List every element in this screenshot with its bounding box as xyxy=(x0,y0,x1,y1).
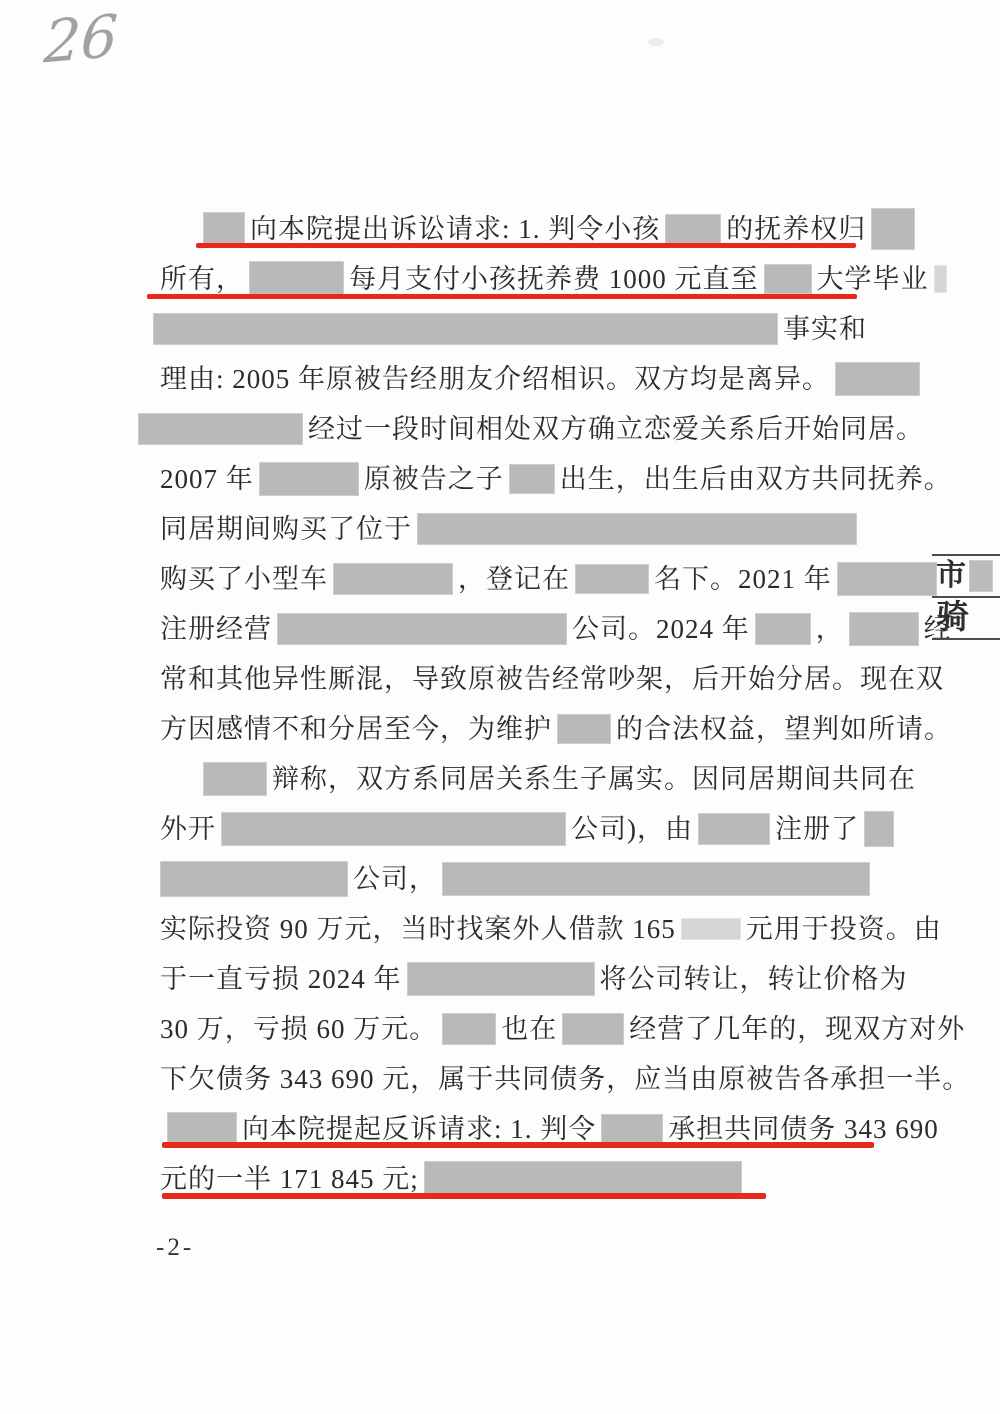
text-segment: 实际投资 90 万元，当时找案外人借款 165 xyxy=(160,916,676,943)
text-line: 2007 年原被告之子出生，出生后由双方共同抚养。 xyxy=(160,460,952,498)
text-line: 于一直亏损 2024 年将公司转让，转让价格为 xyxy=(160,960,908,998)
text-segment: 经过一段时间相处双方确立恋爱关系后开始同居。 xyxy=(308,416,924,443)
text-line: 事实和 xyxy=(148,310,867,348)
redaction-box xyxy=(259,462,359,496)
redaction-box xyxy=(424,1161,742,1197)
redaction-box xyxy=(557,714,611,744)
redaction-box xyxy=(138,413,303,445)
text-segment: 大学毕业 xyxy=(817,266,929,293)
redaction-box xyxy=(764,264,812,294)
red-underline xyxy=(147,294,857,299)
text-line: 下欠债务 343 690 元，属于共同债务，应当由原被告各承担一半。 xyxy=(160,1060,970,1098)
margin-stamp: 市 骑 xyxy=(932,554,1000,640)
text-segment: 所有， xyxy=(160,266,244,293)
stamp-row-top: 市 xyxy=(932,556,1000,596)
text-segment: 每月支付小孩抚养费 1000 元直至 xyxy=(349,266,759,293)
text-segment: 元用于投资。由 xyxy=(746,916,942,943)
text-segment: 的抚养权归 xyxy=(726,216,866,243)
text-segment: 2007 年 xyxy=(160,466,254,493)
text-segment: 向本院提出诉讼请求: 1. 判令小孩 xyxy=(250,216,660,243)
text-segment: 向本院提起反诉请求: 1. 判令 xyxy=(242,1116,596,1143)
stamp-char-bottom: 骑 xyxy=(936,602,969,635)
text-segment: 也在 xyxy=(501,1016,557,1043)
redaction-box xyxy=(333,563,453,595)
redaction-box xyxy=(160,861,348,897)
text-segment: 同居期间购买了位于 xyxy=(160,516,412,543)
text-segment: 的合法权益，望判如所请。 xyxy=(616,716,952,743)
redaction-box xyxy=(221,812,566,846)
scanned-document-page: 26 向本院提出诉讼请求: 1. 判令小孩的抚养权归所有，每月支付小孩抚养费 1… xyxy=(0,0,1000,1414)
red-underline xyxy=(196,243,856,248)
text-line: 辩称，双方系同居关系生子属实。因同居期间共同在 xyxy=(198,760,916,798)
text-segment: 公司)，由 xyxy=(571,816,693,843)
text-segment: 于一直亏损 2024 年 xyxy=(160,966,402,993)
text-segment: ， xyxy=(816,616,844,643)
text-line: 所有，每月支付小孩抚养费 1000 元直至大学毕业 xyxy=(160,260,952,298)
redaction-box xyxy=(417,513,857,545)
text-segment: 下欠债务 343 690 元，属于共同债务，应当由原被告各承担一半。 xyxy=(160,1066,970,1093)
text-segment: 外开 xyxy=(160,816,216,843)
redaction-box xyxy=(681,918,741,940)
text-segment: 承担共同债务 343 690 xyxy=(668,1116,939,1143)
stamp-char-top: 市 xyxy=(936,561,966,591)
text-segment: 辩称，双方系同居关系生子属实。因同居期间共同在 xyxy=(272,766,916,793)
redaction-box xyxy=(249,261,344,297)
redaction-box xyxy=(509,464,555,494)
text-line: 经过一段时间相处双方确立恋爱关系后开始同居。 xyxy=(133,410,924,448)
redaction-box xyxy=(665,214,721,244)
redaction-box xyxy=(969,560,993,592)
redaction-box xyxy=(203,212,245,246)
redaction-box xyxy=(864,811,894,847)
text-segment: 常和其他异性厮混，导致原被告经常吵架，后开始分居。现在双 xyxy=(160,666,944,693)
red-underline xyxy=(162,1142,874,1148)
text-segment: 30 万，亏损 60 万元。 xyxy=(160,1016,437,1043)
redaction-box xyxy=(575,564,649,594)
text-line: 常和其他异性厮混，导致原被告经常吵架，后开始分居。现在双 xyxy=(160,660,944,698)
text-segment: 事实和 xyxy=(783,316,867,343)
redaction-box xyxy=(442,1013,496,1045)
redaction-box xyxy=(755,613,811,645)
redaction-box xyxy=(601,1114,663,1144)
redaction-box xyxy=(871,208,915,250)
text-line: 外开公司)，由注册了 xyxy=(160,810,899,848)
handwritten-page-index: 26 xyxy=(43,7,120,72)
text-segment: 理由: 2005 年原被告经朋友介绍相识。双方均是离异。 xyxy=(160,366,830,393)
text-segment: 注册经营 xyxy=(160,616,272,643)
redaction-box xyxy=(442,862,870,896)
redaction-box xyxy=(934,265,947,293)
text-segment: 公司， xyxy=(353,866,437,893)
redaction-box xyxy=(277,613,567,645)
redaction-box xyxy=(849,612,919,646)
text-segment: 方因感情不和分居至今，为维护 xyxy=(160,716,552,743)
text-line: 注册经营公司。2024 年，经 xyxy=(160,610,952,648)
text-segment: 将公司转让，转让价格为 xyxy=(600,966,908,993)
redaction-box xyxy=(835,362,920,396)
page-number: -2- xyxy=(156,1234,194,1262)
text-line: 公司， xyxy=(155,860,875,898)
text-line: 同居期间购买了位于 xyxy=(160,510,862,548)
text-line: 理由: 2005 年原被告经朋友介绍相识。双方均是离异。 xyxy=(160,360,925,398)
text-line: 方因感情不和分居至今，为维护的合法权益，望判如所请。 xyxy=(160,710,952,748)
text-line: 30 万，亏损 60 万元。也在经营了几年的，现双方对外 xyxy=(160,1010,965,1048)
red-underline xyxy=(162,1193,766,1199)
text-segment: 名下。2021 年 xyxy=(654,566,832,593)
redaction-box xyxy=(837,562,937,596)
redaction-box xyxy=(167,1112,237,1146)
redaction-box xyxy=(698,813,770,845)
text-segment: 注册了 xyxy=(775,816,859,843)
text-line: 实际投资 90 万元，当时找案外人借款 165元用于投资。由 xyxy=(160,910,942,948)
text-segment: 经营了几年的，现双方对外 xyxy=(629,1016,965,1043)
text-segment: 公司。2024 年 xyxy=(572,616,750,643)
text-segment: ，登记在 xyxy=(458,566,570,593)
redaction-box xyxy=(203,762,267,796)
text-segment: 元的一半 171 845 元; xyxy=(160,1166,419,1193)
text-line: 购买了小型车，登记在名下。2021 年 xyxy=(160,560,942,598)
stamp-row-bottom: 骑 xyxy=(932,598,1000,638)
text-segment: 购买了小型车 xyxy=(160,566,328,593)
text-segment: 出生，出生后由双方共同抚养。 xyxy=(560,466,952,493)
redaction-box xyxy=(562,1013,624,1045)
redaction-box xyxy=(407,962,595,996)
redaction-box xyxy=(153,313,778,345)
stamp-rule-bottom xyxy=(932,638,1000,640)
text-segment: 原被告之子 xyxy=(364,466,504,493)
scan-smudge xyxy=(648,38,664,46)
